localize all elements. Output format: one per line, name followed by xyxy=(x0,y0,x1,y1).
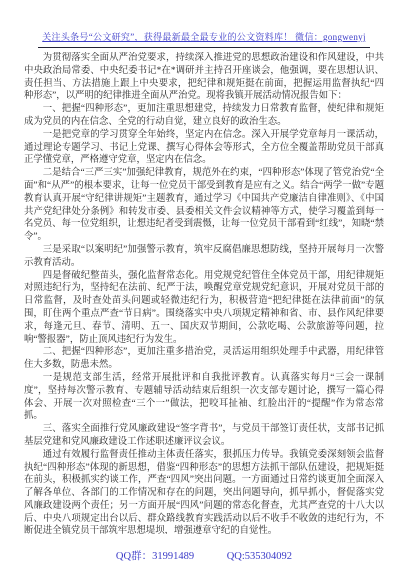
paragraph: 二、把握“四种形态”，更加注重多措治党，灵活运用组织处理手中武器，用纪律管住大多… xyxy=(24,346,384,372)
paragraph: 通过有效履行监督责任推动主体责任落实，狠抓压力传导。我镇党委深刻领会监督执纪“四… xyxy=(24,449,384,534)
paragraph: 三、落实全面推行党风廉政建设“签字背书”，与党员干部签订责任状，支部书记抓基层党… xyxy=(24,423,384,449)
paragraph: 二是结合“三严三实”加强纪律教育，规范外在约束，“四种形态”体现了管党治党“全面… xyxy=(24,167,384,244)
header-promo-text: 关注头条号“公文研究”，获得最新最全最专业的公文资料库！ 微信：gongweny… xyxy=(42,32,366,42)
paragraph: 四是督破纪整苗头，强化监督常态化。用党规党纪管住全体党员干部，用纪律规矩对照违纪… xyxy=(24,270,384,347)
qq-number: QQ:535304092 xyxy=(227,551,292,562)
header-banner: 关注头条号“公文研究”，获得最新最全最专业的公文资料库！ 微信：gongweny… xyxy=(0,27,408,48)
paragraph: 一、把握“四种形态”，更加注重思想建党，持续发力日常教育监督，使纪律和规矩成为党… xyxy=(24,103,384,129)
document-page: 关注头条号“公文研究”，获得最新最全最专业的公文资料库！ 微信：gongweny… xyxy=(0,0,408,580)
paragraph: 一是规范支部生活，经常开展批评和自我批评教育。认真落实每月“三会一课制度”，坚持… xyxy=(24,372,384,423)
paragraph: 一是把党章的学习贯穿全年始终，坚定内在信念。深入开展学党章每月一课活动，通过理论… xyxy=(24,129,384,167)
footer-contact: QQ群：31991489 QQ:535304092 xyxy=(0,548,408,563)
paragraph: 三是采取“以案明纪”加强警示教育，筑牢反腐倡廉思想防线，坚持开展每月一次警示教育… xyxy=(24,244,384,270)
qq-group-number: QQ群：31991489 xyxy=(116,551,194,562)
paragraph: 为贯彻落实全面从严治党要求，持续深入推进党的思想政治建设和作风建设，中共中央政治… xyxy=(24,52,384,103)
header-underline: 关注头条号“公文研究”，获得最新最全最专业的公文资料库！ 微信：gongweny… xyxy=(38,27,370,48)
document-body: 为贯彻落实全面从严治党要求，持续深入推进党的思想政治建设和作风建设，中共中央政治… xyxy=(24,52,384,534)
